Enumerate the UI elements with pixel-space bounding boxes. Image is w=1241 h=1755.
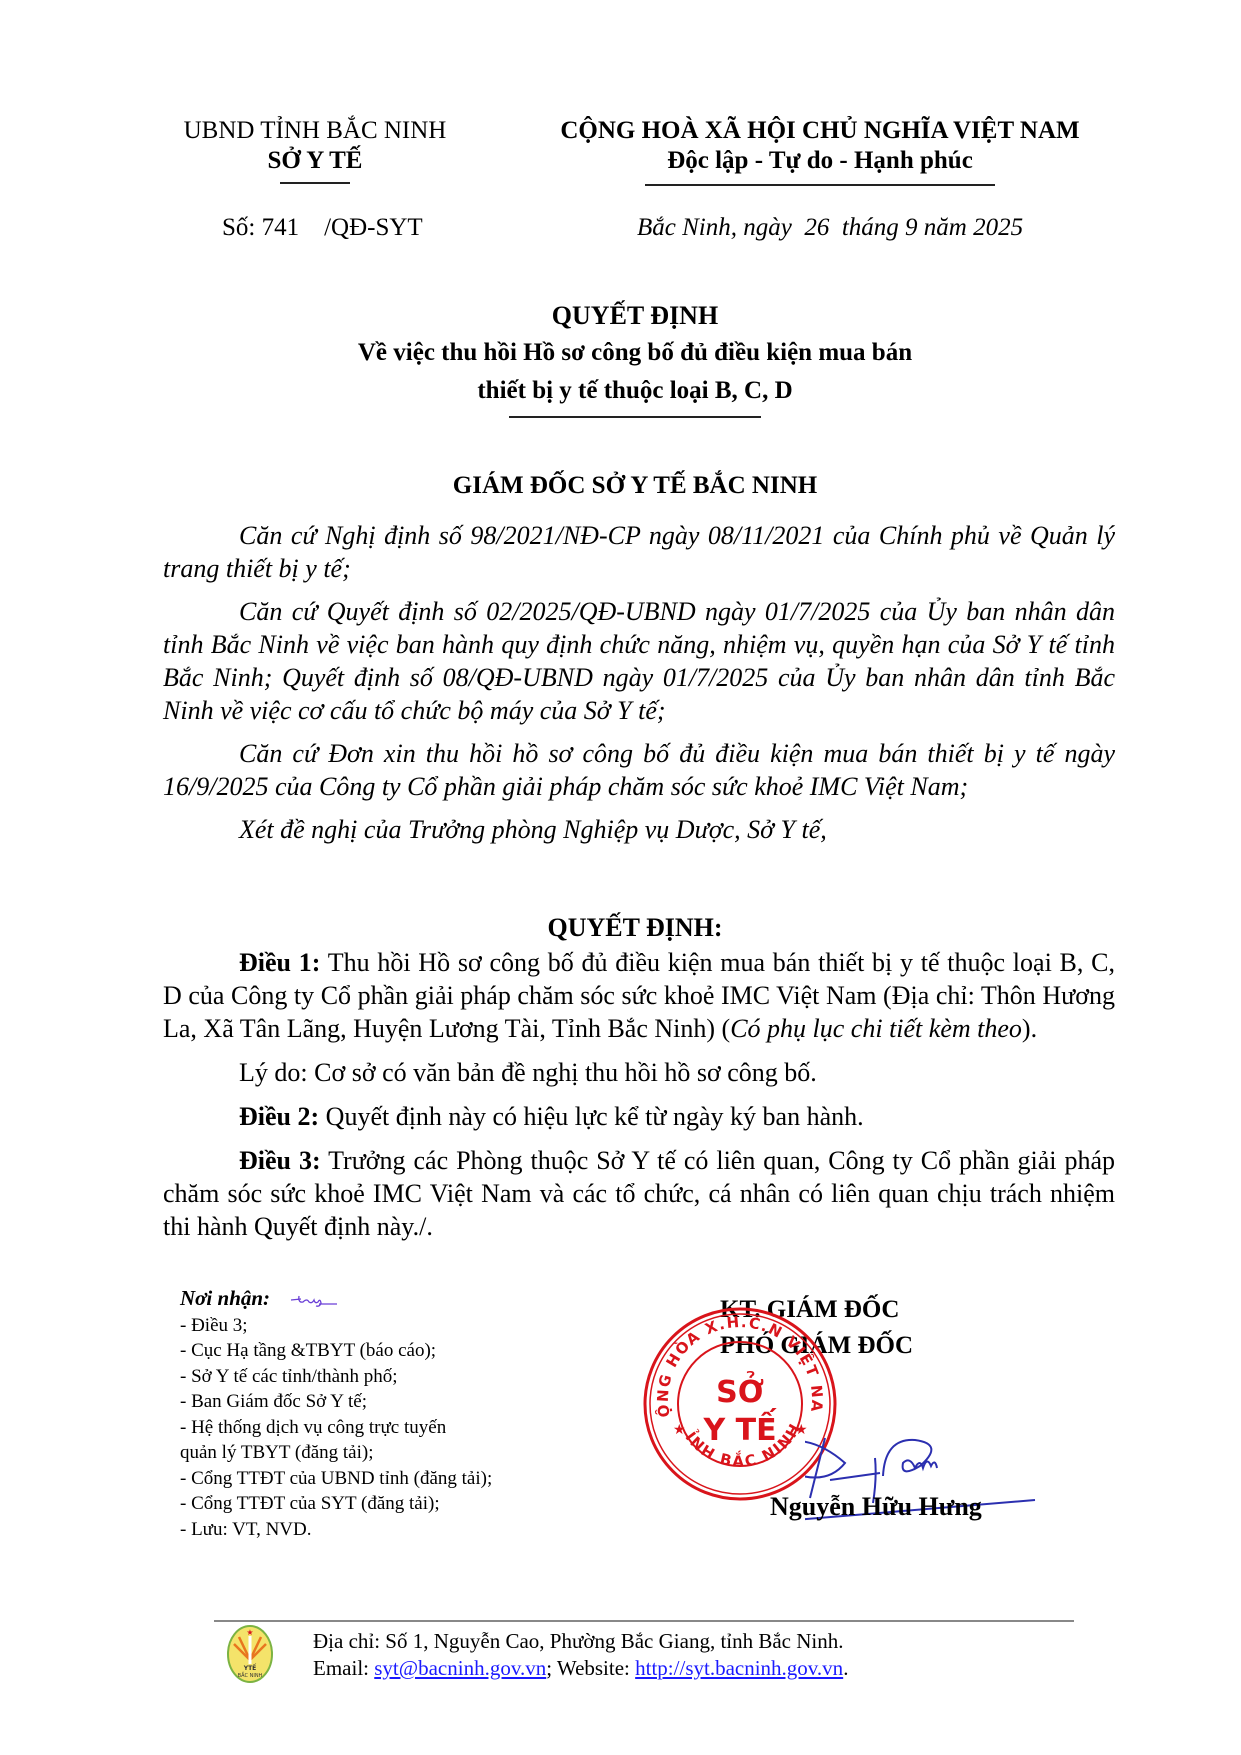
document-title-block: QUYẾT ĐỊNH Về việc thu hồi Hồ sơ công bố… xyxy=(150,298,1120,418)
article-label: Điều 3: xyxy=(239,1146,321,1175)
decision-heading: QUYẾT ĐỊNH: xyxy=(150,913,1120,943)
website-link[interactable]: http://syt.bacninh.gov.vn xyxy=(635,1656,843,1680)
footer-contact: Địa chỉ: Số 1, Nguyễn Cao, Phường Bắc Gi… xyxy=(313,1628,848,1682)
parent-agency: UBND TỈNH BẮC NINH xyxy=(150,116,480,146)
recipient-item: - Cổng TTĐT của SYT (đăng tải); xyxy=(180,1491,560,1517)
article-label: Điều 1: xyxy=(239,948,320,977)
svg-text:SỞ: SỞ xyxy=(716,1370,764,1410)
subject-line-1: Về việc thu hồi Hồ sơ công bố đủ điều ki… xyxy=(150,334,1120,372)
svg-text:BẮC NINH: BẮC NINH xyxy=(238,1671,263,1679)
articles: Điều 1: Thu hồi Hồ sơ công bố đủ điều ki… xyxy=(163,946,1115,1254)
svg-text:★: ★ xyxy=(673,1422,686,1438)
document-number: Số: 741 /QĐ-SYT xyxy=(222,214,423,242)
national-heading-block: CỘNG HOÀ XÃ HỘI CHỦ NGHĨA VIỆT NAM Độc l… xyxy=(510,116,1130,186)
article-1: Điều 1: Thu hồi Hồ sơ công bố đủ điều ki… xyxy=(163,946,1115,1045)
recipient-item: - Điều 3; xyxy=(180,1313,560,1339)
divider xyxy=(645,184,995,186)
footer-links: Email: syt@bacninh.gov.vn; Website: http… xyxy=(313,1655,848,1682)
issuing-authority: GIÁM ĐỐC SỞ Y TẾ BẮC NINH xyxy=(150,472,1120,500)
recipient-item: quản lý TBYT (đăng tải); xyxy=(180,1440,560,1466)
legal-basis: Xét đề nghị của Trưởng phòng Nghiệp vụ D… xyxy=(163,813,1115,846)
initial-mark-icon xyxy=(289,1295,339,1307)
article-3: Điều 3: Trưởng các Phòng thuộc Sở Y tế c… xyxy=(163,1144,1115,1243)
recipient-item: - Ban Giám đốc Sở Y tế; xyxy=(180,1389,560,1415)
article-label: Điều 2: xyxy=(239,1102,319,1131)
legal-basis: Căn cứ Đơn xin thu hồi hồ sơ công bố đủ … xyxy=(163,737,1115,803)
recipient-item: - Hệ thống dịch vụ công trực tuyến xyxy=(180,1415,560,1441)
recipient-item: - Cục Hạ tầng &TBYT (báo cáo); xyxy=(180,1338,560,1364)
footer-divider xyxy=(214,1620,1074,1622)
divider xyxy=(509,416,761,418)
email-link[interactable]: syt@bacninh.gov.vn xyxy=(374,1656,546,1680)
recipient-item: - Sở Y tế các tỉnh/thành phố; xyxy=(180,1364,560,1390)
department-logo-icon: ★ YTẾ BẮC NINH xyxy=(226,1624,274,1684)
agency-name: SỞ Y TẾ xyxy=(150,146,480,176)
svg-text:YTẾ: YTẾ xyxy=(243,1664,257,1672)
article-2: Điều 2: Quyết định này có hiệu lực kể từ… xyxy=(163,1100,1115,1133)
legal-basis: Căn cứ Nghị định số 98/2021/NĐ-CP ngày 0… xyxy=(163,519,1115,585)
svg-text:Y TẾ: Y TẾ xyxy=(702,1408,777,1448)
subject-line-2: thiết bị y tế thuộc loại B, C, D xyxy=(150,372,1120,410)
legal-basis: Căn cứ Quyết định số 02/2025/QĐ-UBND ngà… xyxy=(163,595,1115,727)
document-date: Bắc Ninh, ngày 26 tháng 9 năm 2025 xyxy=(637,214,1023,242)
recipient-item: - Lưu: VT, NVD. xyxy=(180,1517,560,1543)
signer-name: Nguyễn Hữu Hưng xyxy=(770,1492,982,1522)
article-1-reason: Lý do: Cơ sở có văn bản đề nghị thu hồi … xyxy=(163,1056,1115,1089)
recipients-list: - Điều 3; - Cục Hạ tầng &TBYT (báo cáo);… xyxy=(180,1313,560,1543)
document-type: QUYẾT ĐỊNH xyxy=(150,298,1120,334)
recipients-heading: Nơi nhận: xyxy=(180,1286,270,1312)
recipient-item: - Cổng TTĐT của UBND tỉnh (đăng tải); xyxy=(180,1466,560,1492)
svg-text:★: ★ xyxy=(246,1628,253,1637)
nation-name: CỘNG HOÀ XÃ HỘI CHỦ NGHĨA VIỆT NAM xyxy=(510,116,1130,146)
national-motto: Độc lập - Tự do - Hạnh phúc xyxy=(510,146,1130,176)
recipients-block: Nơi nhận: - Điều 3; - Cục Hạ tầng &TBYT … xyxy=(180,1286,560,1542)
legal-bases: Căn cứ Nghị định số 98/2021/NĐ-CP ngày 0… xyxy=(163,519,1115,856)
issuing-agency-block: UBND TỈNH BẮC NINH SỞ Y TẾ xyxy=(150,116,480,184)
footer-address: Địa chỉ: Số 1, Nguyễn Cao, Phường Bắc Gi… xyxy=(313,1628,848,1655)
divider xyxy=(280,182,350,184)
